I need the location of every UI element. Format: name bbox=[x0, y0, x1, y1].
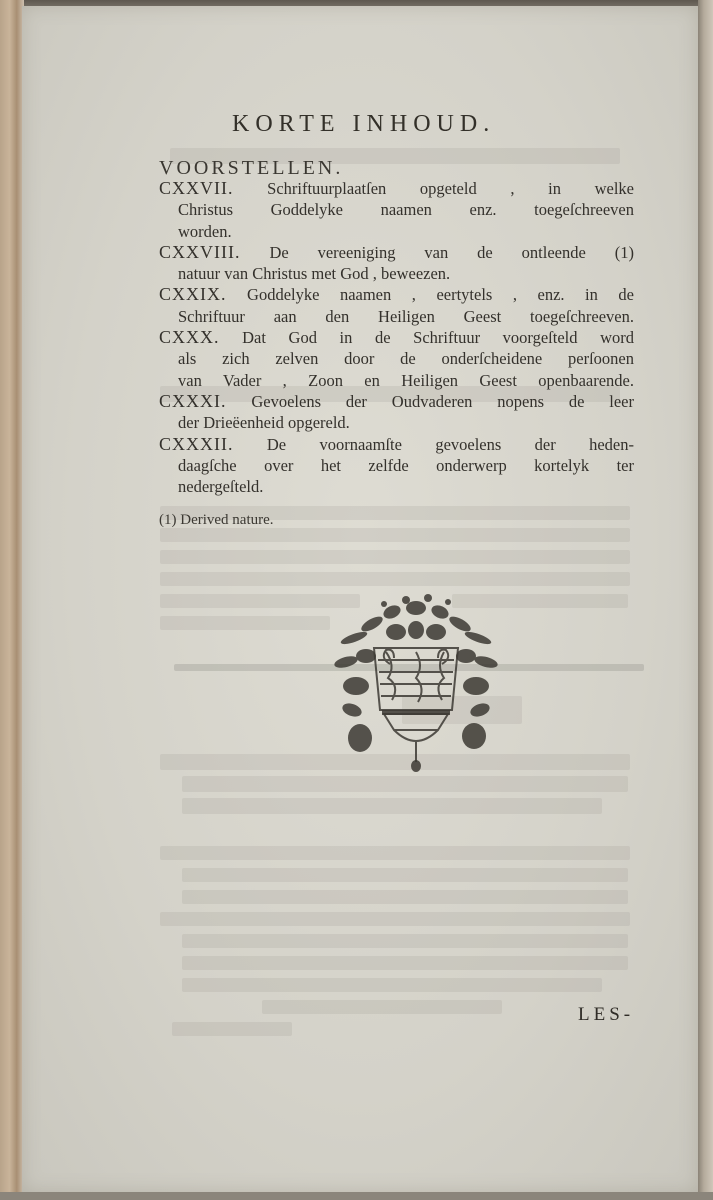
entry-numeral: CXXXII. bbox=[159, 434, 234, 454]
entry-text: Christus Goddelyke naamen enz. toegeſchr… bbox=[159, 199, 634, 220]
entry-text: als zich zelven door de onderſcheidene p… bbox=[159, 348, 634, 369]
contents-entry: CXXXI. Gevoelens der Oudvaderen nopens d… bbox=[159, 391, 634, 434]
catchword: LES- bbox=[578, 1004, 634, 1026]
show-through-text bbox=[182, 776, 628, 792]
page-right-edge bbox=[698, 0, 713, 1200]
entry-text: van Vader , Zoon en Heiligen Geest openb… bbox=[159, 370, 634, 391]
entry-numeral: CXXVIII. bbox=[159, 242, 241, 262]
show-through-text bbox=[160, 616, 330, 630]
entry-text: nedergeſteld. bbox=[159, 476, 634, 497]
show-through-text bbox=[160, 528, 630, 542]
entry-text: Schriftuurplaatſen opgeteld , in welke bbox=[267, 179, 634, 198]
contents-entry: CXXX. Dat God in de Schriftuur voorgeſte… bbox=[159, 327, 634, 391]
show-through-text bbox=[160, 912, 630, 926]
page-bottom-edge bbox=[0, 1192, 713, 1200]
contents-list: CXXVII. Schriftuurplaatſen opgeteld , in… bbox=[159, 178, 634, 497]
entry-text: der Drieëenheid opgereld. bbox=[159, 412, 634, 433]
page-title: KORTE INHOUD. bbox=[232, 111, 592, 138]
section-heading: VOORSTELLEN. bbox=[159, 157, 343, 180]
entry-text: daagſche over het zelfde onderwerp korte… bbox=[159, 455, 634, 476]
show-through-text bbox=[160, 846, 630, 860]
show-through-text bbox=[182, 868, 628, 882]
floral-basket-ornament-icon bbox=[326, 590, 506, 774]
entry-text: natuur van Christus met God , beweezen. bbox=[159, 263, 634, 284]
footnote: (1) Derived nature. bbox=[159, 512, 274, 529]
show-through-text bbox=[182, 956, 628, 970]
show-through-text bbox=[172, 1022, 292, 1036]
entry-numeral: CXXX. bbox=[159, 327, 220, 347]
entry-text: De vereeniging van de ontleende (1) bbox=[269, 243, 634, 262]
contents-entry: CXXVII. Schriftuurplaatſen opgeteld , in… bbox=[159, 178, 634, 242]
show-through-text bbox=[182, 798, 602, 814]
show-through-text bbox=[182, 978, 602, 992]
book-spine-edge bbox=[0, 0, 24, 1200]
entry-numeral: CXXXI. bbox=[159, 391, 227, 411]
contents-entry: CXXVIII. De vereeniging van de ontleende… bbox=[159, 242, 634, 285]
contents-entry: CXXIX. Goddelyke naamen , eertytels , en… bbox=[159, 284, 634, 327]
entry-text: Dat God in de Schriftuur voorgeſteld wor… bbox=[242, 328, 634, 347]
entry-numeral: CXXIX. bbox=[159, 284, 227, 304]
entry-text: worden. bbox=[159, 221, 634, 242]
entry-text: Goddelyke naamen , eertytels , enz. in d… bbox=[247, 285, 634, 304]
entry-text: Gevoelens der Oudvaderen nopens de leer bbox=[251, 392, 634, 411]
show-through-text bbox=[160, 550, 630, 564]
show-through-text bbox=[182, 934, 628, 948]
contents-entry: CXXXII. De voornaamſte gevoelens der hed… bbox=[159, 434, 634, 498]
show-through-text bbox=[182, 890, 628, 904]
show-through-text bbox=[160, 572, 630, 586]
entry-text: Schriftuur aan den Heiligen Geest toegeſ… bbox=[159, 306, 634, 327]
entry-text: De voornaamſte gevoelens der heden- bbox=[267, 435, 634, 454]
entry-numeral: CXXVII. bbox=[159, 178, 234, 198]
show-through-text bbox=[262, 1000, 502, 1014]
